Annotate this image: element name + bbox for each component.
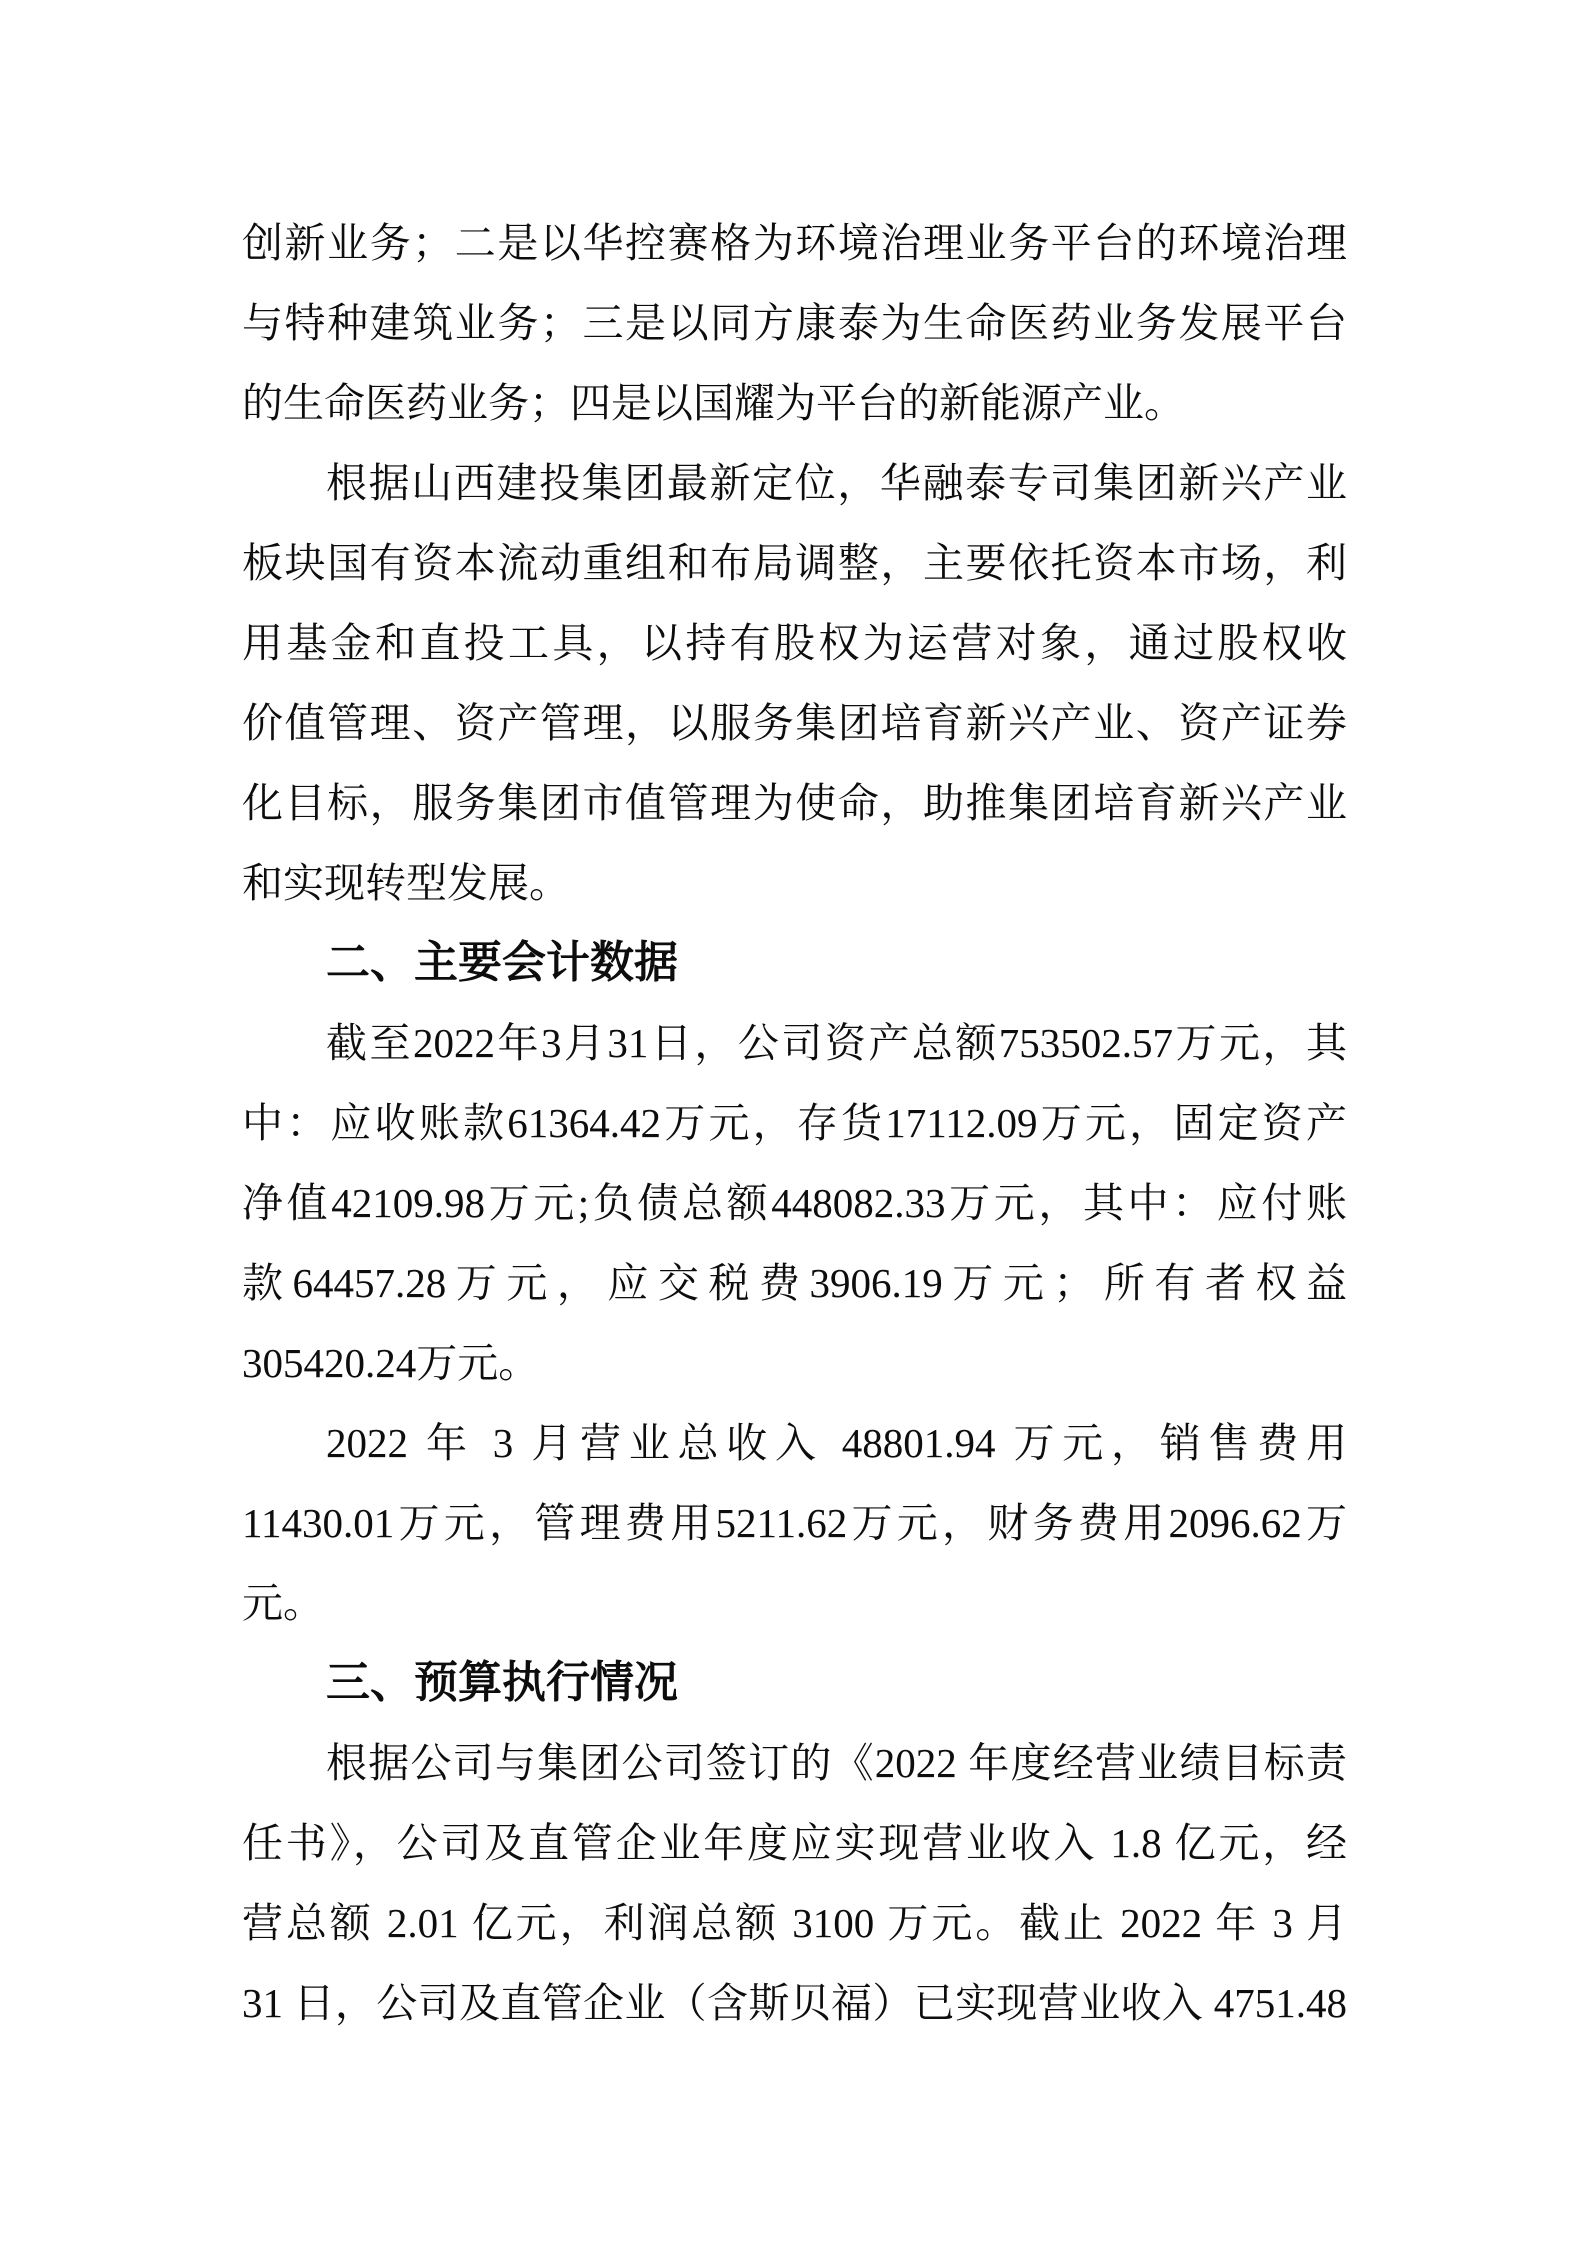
text-line: 板块国有资本流动重组和布局调整，主要依托资本市场，利 xyxy=(242,523,1347,603)
text-line: 款64457.28万元，应交税费3906.19万元；所有者权益 xyxy=(242,1243,1347,1323)
text-line: 2022 年 3 月营业总收入 48801.94 万元，销售费用 xyxy=(242,1403,1347,1483)
section-heading: 三、预算执行情况 xyxy=(242,1643,1347,1723)
text-line: 创新业务；二是以华控赛格为环境治理业务平台的环境治理 xyxy=(242,203,1347,283)
text-line: 净值42109.98万元;负债总额448082.33万元，其中：应付账 xyxy=(242,1163,1347,1243)
text-line: 和实现转型发展。 xyxy=(242,843,1347,923)
text-line: 305420.24万元。 xyxy=(242,1323,1347,1403)
text-line: 元。 xyxy=(242,1563,1347,1643)
text-line: 根据山西建投集团最新定位，华融泰专司集团新兴产业 xyxy=(242,443,1347,523)
text-line: 11430.01万元，管理费用5211.62万元，财务费用2096.62万 xyxy=(242,1483,1347,1563)
text-line: 中：应收账款61364.42万元，存货17112.09万元，固定资产 xyxy=(242,1083,1347,1163)
document-page: 创新业务；二是以华控赛格为环境治理业务平台的环境治理与特种建筑业务；三是以同方康… xyxy=(0,0,1587,2245)
text-line: 价值管理、资产管理，以服务集团培育新兴产业、资产证券 xyxy=(242,683,1347,763)
text-line: 31 日，公司及直管企业（含斯贝福）已实现营业收入 4751.48 xyxy=(242,1963,1347,2043)
document-content: 创新业务；二是以华控赛格为环境治理业务平台的环境治理与特种建筑业务；三是以同方康… xyxy=(242,0,1347,2043)
text-line: 任书》，公司及直管企业年度应实现营业收入 1.8 亿元，经 xyxy=(242,1803,1347,1883)
text-line: 截至2022年3月31日，公司资产总额753502.57万元，其 xyxy=(242,1003,1347,1083)
text-line: 营总额 2.01 亿元，利润总额 3100 万元。截止 2022 年 3 月 xyxy=(242,1883,1347,1963)
text-line: 化目标，服务集团市值管理为使命，助推集团培育新兴产业 xyxy=(242,763,1347,843)
text-line: 与特种建筑业务；三是以同方康泰为生命医药业务发展平台 xyxy=(242,283,1347,363)
text-line: 根据公司与集团公司签订的《2022 年度经营业绩目标责 xyxy=(242,1723,1347,1803)
text-line: 的生命医药业务；四是以国耀为平台的新能源产业。 xyxy=(242,363,1347,443)
text-line: 用基金和直投工具，以持有股权为运营对象，通过股权收购、 xyxy=(242,603,1347,683)
section-heading: 二、主要会计数据 xyxy=(242,923,1347,1003)
